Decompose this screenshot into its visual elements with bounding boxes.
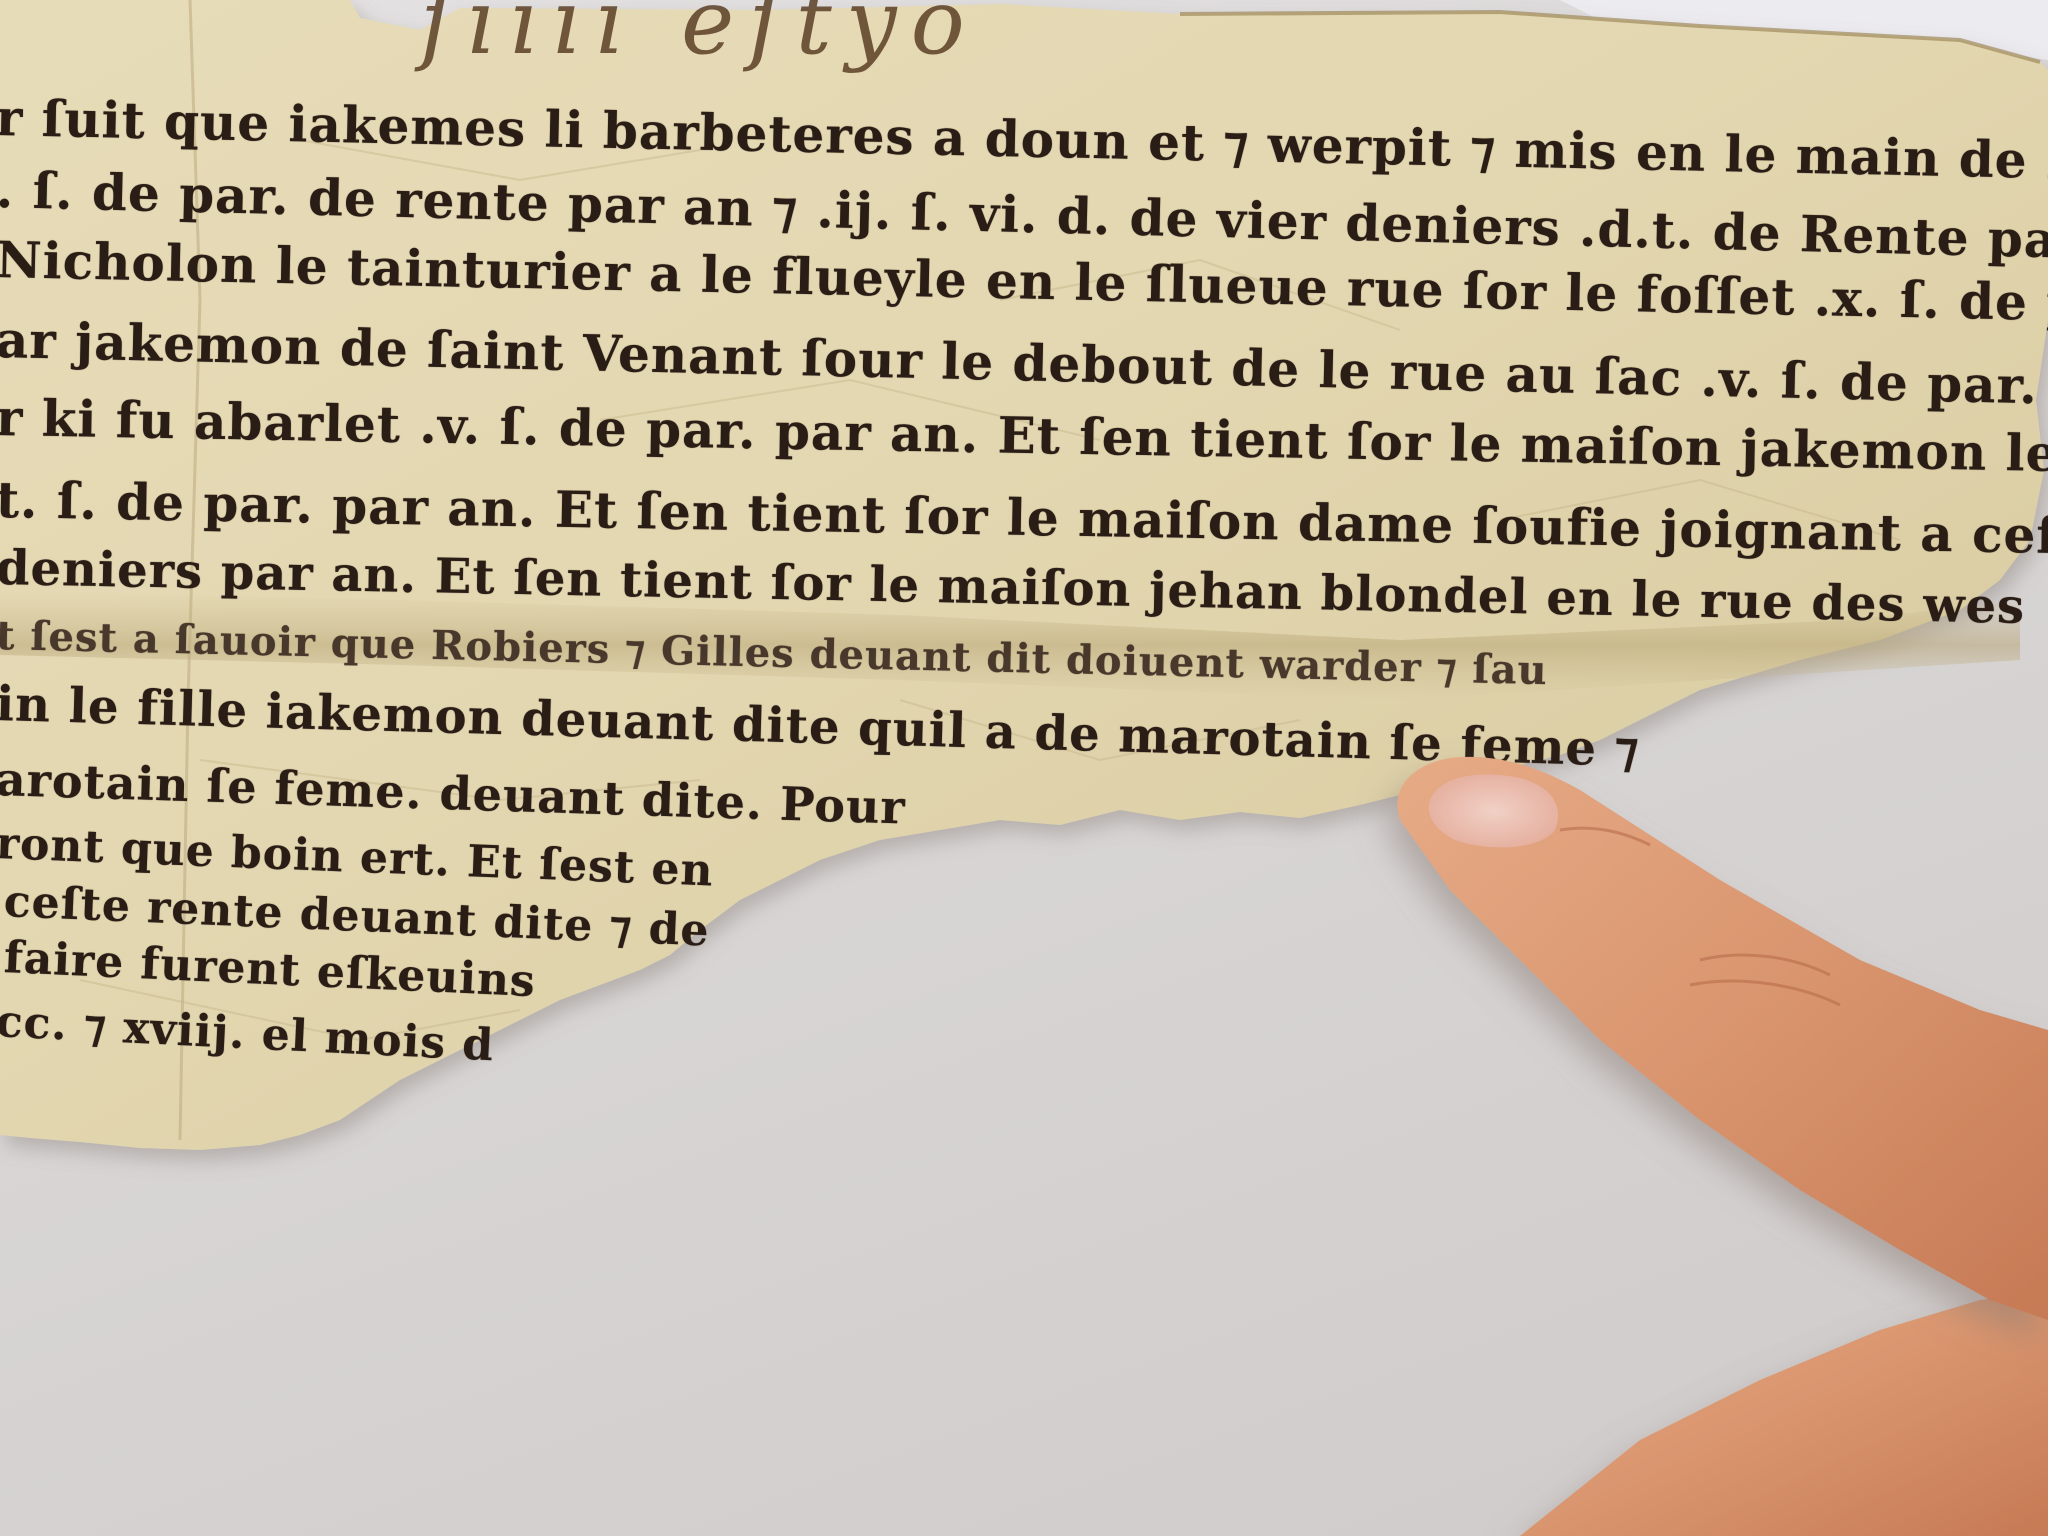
photo-scene: ſiiii eſtyo r ſuit que iakemes li barbet… (0, 0, 2048, 1536)
pointing-finger (0, 0, 2048, 1536)
